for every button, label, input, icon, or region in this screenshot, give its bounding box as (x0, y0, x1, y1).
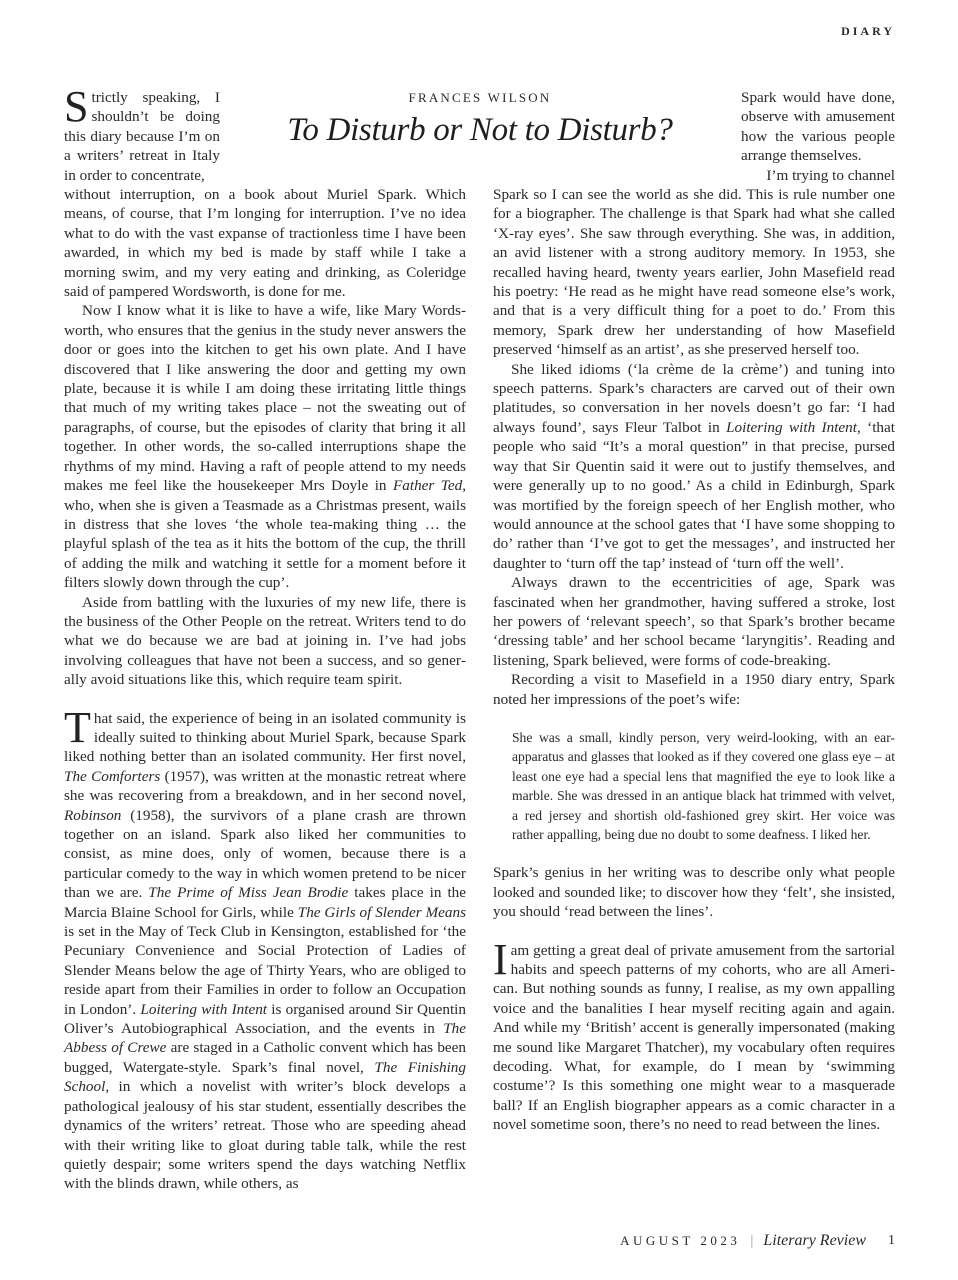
author-byline: FRANCES WILSON (270, 90, 690, 106)
drop-cap: S (64, 90, 88, 124)
paragraph: She liked idioms (‘la crème de la crème’… (493, 360, 895, 573)
page-number: 1 (888, 1233, 895, 1249)
article-title: To Disturb or Not to Disturb? (270, 112, 690, 149)
intro-left-column: Strictly speaking, I shouldn’t be doing … (64, 88, 220, 185)
left-column: without interruption, on a book about Mu… (64, 185, 466, 1194)
section-label: DIARY (841, 24, 895, 39)
publication-name: Literary Review (763, 1232, 866, 1250)
issue-date: AUGUST 2023 (620, 1233, 740, 1249)
paragraph: Spark so I can see the world as she did.… (493, 185, 895, 360)
paragraph: Always drawn to the eccentricities of ag… (493, 573, 895, 670)
block-quote: She was a small, kindly person, very wei… (512, 728, 895, 844)
paragraph: I am getting a great deal of private amu… (493, 941, 895, 1135)
paragraph: Now I know what it is like to have a wif… (64, 301, 466, 592)
drop-cap: I (493, 943, 508, 977)
paragraph: without interruption, on a book about Mu… (64, 185, 466, 301)
paragraph: Aside from battling with the luxuries of… (64, 593, 466, 690)
paragraph: Spark would have done, observe with amus… (741, 88, 895, 166)
paragraph: Spark’s genius in her writing was to des… (493, 863, 895, 921)
right-column: Spark so I can see the world as she did.… (493, 185, 895, 1135)
paragraph: I’m trying to channel (741, 166, 895, 185)
paragraph: Recording a visit to Masefield in a 1950… (493, 670, 895, 709)
footer-separator: | (750, 1233, 753, 1250)
paragraph: That said, the experience of being in an… (64, 709, 466, 1194)
page-footer: AUGUST 2023 | Literary Review 1 (620, 1232, 895, 1250)
intro-right-column: Spark would have done, observe with amus… (741, 88, 895, 185)
drop-cap: T (64, 711, 91, 745)
opening-paragraph: Strictly speaking, I shouldn’t be doing … (64, 88, 220, 185)
article-header: FRANCES WILSON To Disturb or Not to Dist… (270, 90, 690, 149)
